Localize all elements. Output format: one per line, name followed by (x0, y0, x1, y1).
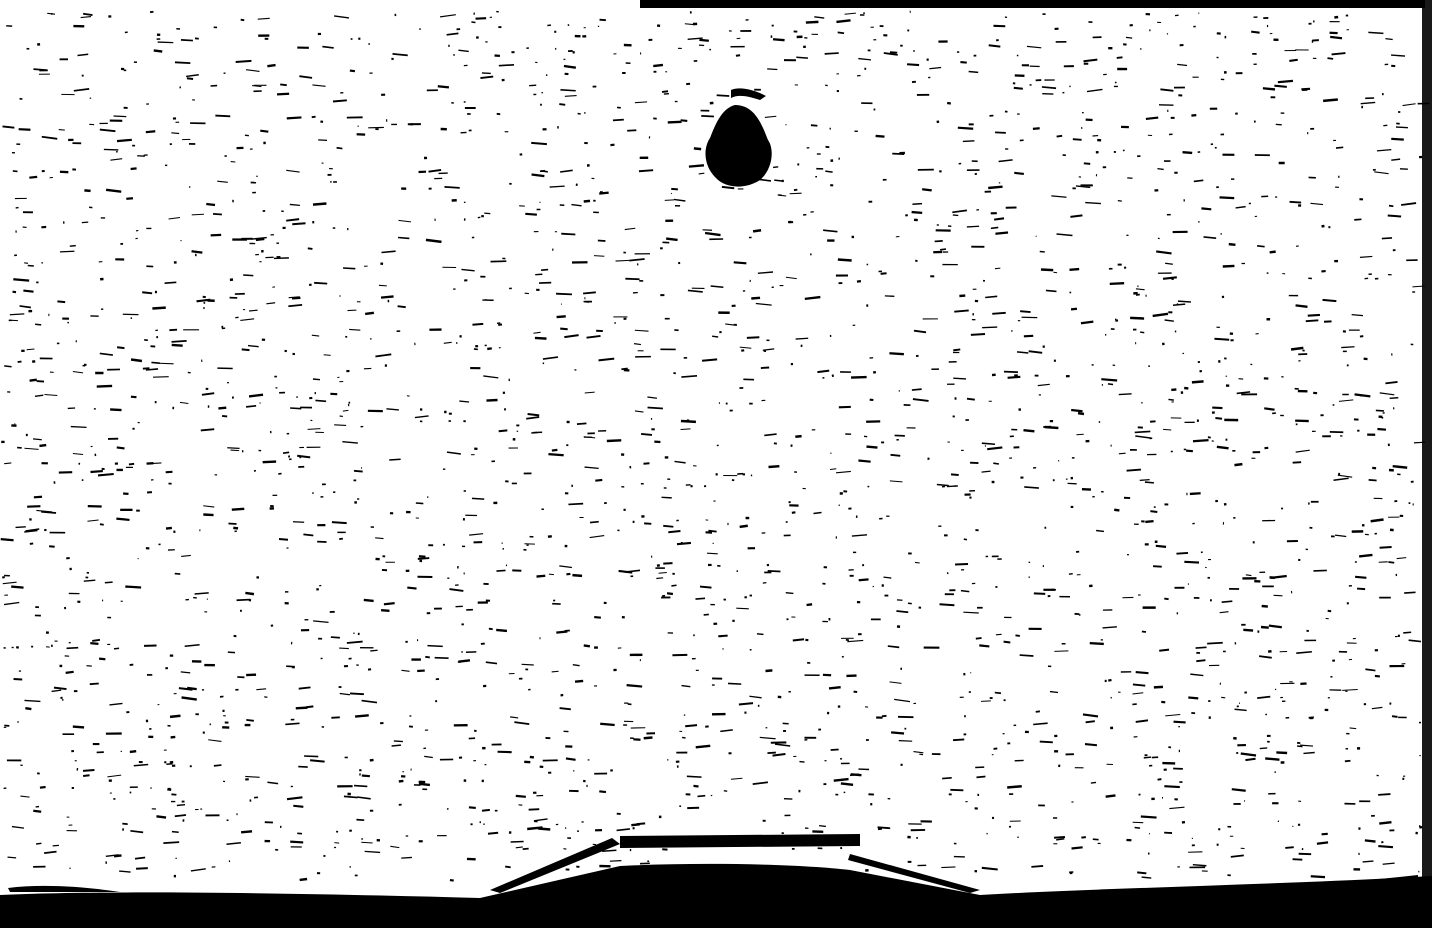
top-edge-band (640, 0, 1425, 8)
binarized-photo (0, 0, 1432, 928)
